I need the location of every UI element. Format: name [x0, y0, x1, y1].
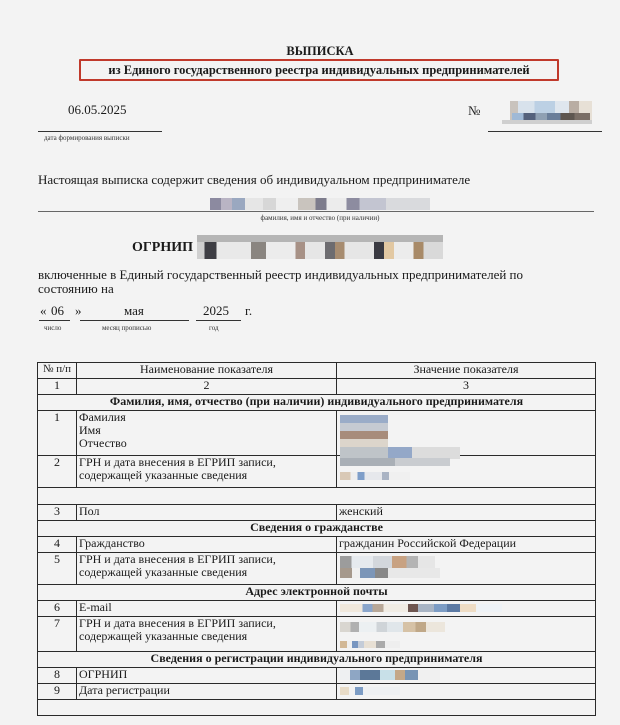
header-indicator-name: Наименование показателя	[77, 363, 337, 379]
ip-name-underline	[38, 211, 594, 212]
row-number: 3	[38, 505, 77, 521]
row-number: 4	[38, 537, 77, 553]
included-text-line2: состоянию на	[38, 282, 114, 296]
section-title: Адрес электронной почты	[38, 585, 596, 601]
row-number: 9	[38, 684, 77, 700]
as-of-year-suffix: г.	[245, 304, 252, 318]
row-name: ГРН и дата внесения в ЕГРИП записи, соде…	[77, 553, 337, 585]
row-number: 8	[38, 668, 77, 684]
row-name-line: содержащей указанные сведения	[79, 566, 334, 579]
section-title: Фамилия, имя, отчество (при наличии) инд…	[38, 395, 596, 411]
document-title: ВЫПИСКА	[0, 44, 620, 59]
table-row-partial	[38, 700, 596, 716]
row-name: Фамилия Имя Отчество	[77, 411, 337, 456]
table-row: 5 ГРН и дата внесения в ЕГРИП записи, со…	[38, 553, 596, 585]
header-number: № п/п	[38, 363, 77, 379]
row-name: Дата регистрации	[77, 684, 337, 700]
highlighted-subtitle: из Единого государственного реестра инди…	[79, 59, 559, 81]
subtitle-text: из Единого государственного реестра инди…	[108, 63, 529, 78]
section-title: Сведения о регистрации индивидуального п…	[38, 652, 596, 668]
table-row: 4 Гражданство гражданин Российской Федер…	[38, 537, 596, 553]
intro-text: Настоящая выписка содержит сведения об и…	[38, 173, 470, 187]
row-value-redacted	[337, 617, 596, 652]
year-caption: год	[209, 324, 219, 332]
row-number: 1	[38, 411, 77, 456]
table-row: 1 Фамилия Имя Отчество	[38, 411, 596, 456]
day-caption: число	[44, 324, 61, 332]
row-value-redacted	[337, 668, 596, 684]
section-row-registration: Сведения о регистрации индивидуального п…	[38, 652, 596, 668]
formation-date-caption: дата формирования выписки	[44, 134, 130, 142]
table-column-numbers-row: 1 2 3	[38, 379, 596, 395]
table-row: 6 E-mail	[38, 601, 596, 617]
ip-name-caption: фамилия, имя и отчество (при наличии)	[0, 214, 620, 222]
number-redacted	[510, 101, 602, 129]
as-of-year: 2025	[203, 304, 229, 318]
as-of-day: 06	[51, 304, 64, 318]
ogrnip-label: ОГРНИП	[132, 240, 193, 256]
row-value-redacted	[337, 456, 596, 488]
column-number: 3	[337, 379, 596, 395]
table-row: 9 Дата регистрации	[38, 684, 596, 700]
as-of-close-quote: »	[75, 304, 82, 318]
row-name: Пол	[77, 505, 337, 521]
row-name-line: содержащей указанные сведения	[79, 469, 334, 482]
cut-off-cell	[38, 700, 596, 716]
ip-name-redacted	[210, 198, 430, 210]
row-value: женский	[337, 505, 596, 521]
section-title: Сведения о гражданстве	[38, 521, 596, 537]
row-number: 5	[38, 553, 77, 585]
table-row: 3 Пол женский	[38, 505, 596, 521]
month-caption: месяц прописью	[102, 324, 151, 332]
table-row: 2 ГРН и дата внесения в ЕГРИП записи, со…	[38, 456, 596, 488]
row-number: 7	[38, 617, 77, 652]
table-row: 7 ГРН и дата внесения в ЕГРИП записи, со…	[38, 617, 596, 652]
row-value-redacted	[337, 553, 596, 585]
empty-row	[38, 488, 596, 505]
row-name-line: содержащей указанные сведения	[79, 630, 334, 643]
as-of-open-quote: «	[40, 304, 47, 318]
registry-table: № п/п Наименование показателя Значение п…	[37, 362, 596, 716]
column-number: 1	[38, 379, 77, 395]
section-row-fio: Фамилия, имя, отчество (при наличии) инд…	[38, 395, 596, 411]
as-of-month: мая	[124, 304, 144, 318]
row-number: 2	[38, 456, 77, 488]
row-value-redacted	[337, 601, 596, 617]
formation-date: 06.05.2025	[68, 102, 127, 118]
section-row-email: Адрес электронной почты	[38, 585, 596, 601]
row-number: 6	[38, 601, 77, 617]
column-number: 2	[77, 379, 337, 395]
row-name-line: Фамилия	[79, 411, 334, 424]
section-row-citizenship: Сведения о гражданстве	[38, 521, 596, 537]
row-value: гражданин Российской Федерации	[337, 537, 596, 553]
formation-date-underline	[38, 131, 162, 132]
included-text-line1: включенные в Единый государственный реес…	[38, 268, 523, 282]
number-label: №	[468, 103, 480, 119]
row-value-redacted	[337, 411, 596, 456]
row-name: ГРН и дата внесения в ЕГРИП записи, соде…	[77, 617, 337, 652]
month-underline	[80, 320, 189, 321]
row-value-redacted	[337, 684, 596, 700]
row-name: ГРН и дата внесения в ЕГРИП записи, соде…	[77, 456, 337, 488]
table-header-row: № п/п Наименование показателя Значение п…	[38, 363, 596, 379]
row-name-line: Отчество	[79, 437, 334, 450]
number-underline	[488, 131, 602, 132]
day-underline	[39, 320, 70, 321]
row-name: ОГРНИП	[77, 668, 337, 684]
row-name: Гражданство	[77, 537, 337, 553]
empty-cell	[38, 488, 596, 505]
row-name: E-mail	[77, 601, 337, 617]
table-row: 8 ОГРНИП	[38, 668, 596, 684]
ogrnip-redacted	[197, 235, 443, 259]
year-underline	[196, 320, 241, 321]
header-indicator-value: Значение показателя	[337, 363, 596, 379]
